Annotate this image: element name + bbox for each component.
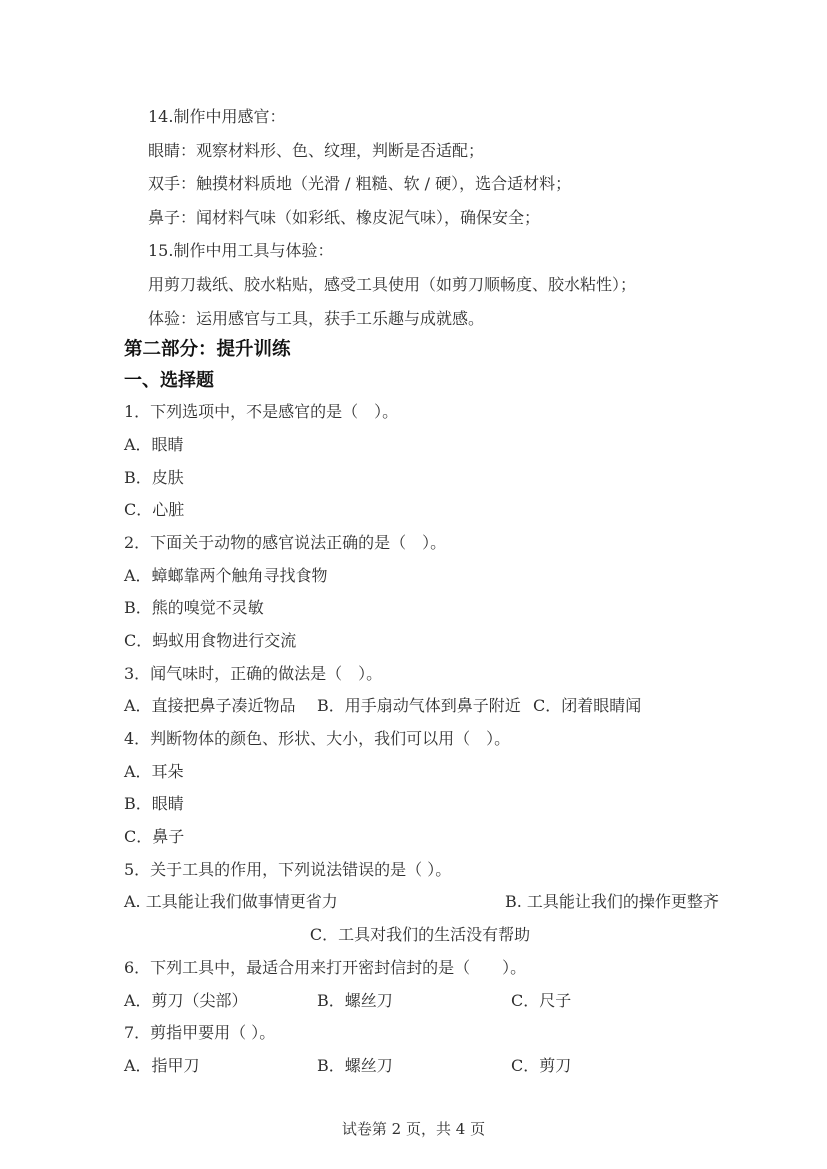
note-line: 双手：触摸材料质地（光滑 / 粗糙、软 / 硬），选合适材料； <box>124 167 742 201</box>
option-item: A．耳朵 <box>124 756 742 789</box>
note-line: 眼睛：观察材料形、色、纹理，判断是否适配； <box>124 134 742 168</box>
option-item: C．工具对我们的生活没有帮助 <box>124 919 716 952</box>
question-stem: 4．判断物体的颜色、形状、大小，我们可以用（ ）。 <box>124 723 742 756</box>
option-item: B．螺丝刀 <box>317 985 511 1018</box>
question-stem: 6．下列工具中，最适合用来打开密封信封的是（ ）。 <box>124 952 742 985</box>
option-item: A．直接把鼻子凑近物品 <box>124 690 317 723</box>
exam-page: 14.制作中用感官： 眼睛：观察材料形、色、纹理，判断是否适配； 双手：触摸材料… <box>0 0 827 1169</box>
option-item: B．用手扇动气体到鼻子附近 <box>317 690 533 723</box>
note-line: 鼻子：闻材料气味（如彩纸、橡皮泥气味），确保安全； <box>124 201 742 235</box>
question-stem: 7．剪指甲要用（ ）。 <box>124 1017 742 1050</box>
option-item: C．闭着眼睛闻 <box>533 690 641 723</box>
option-row: A．指甲刀 B．螺丝刀 C．剪刀 <box>124 1050 742 1083</box>
page-footer: 试卷第 2 页，共 4 页 <box>0 1118 827 1139</box>
option-item: B．熊的嗅觉不灵敏 <box>124 592 742 625</box>
option-item: C．剪刀 <box>511 1050 571 1083</box>
option-row: A. 工具能让我们做事情更省力 B. 工具能让我们的操作更整齐 <box>124 886 742 919</box>
note-line: 体验：运用感官与工具，获手工乐趣与成就感。 <box>124 302 742 336</box>
option-row: A．直接把鼻子凑近物品 B．用手扇动气体到鼻子附近 C．闭着眼睛闻 <box>124 690 742 723</box>
note-line: 14.制作中用感官： <box>124 100 742 134</box>
option-item: A．眼睛 <box>124 429 742 462</box>
option-item: C．鼻子 <box>124 821 742 854</box>
option-item: B. 工具能让我们的操作更整齐 <box>505 886 719 919</box>
option-item: B．螺丝刀 <box>317 1050 511 1083</box>
section-heading: 一、选择题 <box>124 365 742 396</box>
page-content: 14.制作中用感官： 眼睛：观察材料形、色、纹理，判断是否适配； 双手：触摸材料… <box>124 100 742 1083</box>
option-item: A．剪刀（尖部） <box>124 985 317 1018</box>
option-item: B．眼睛 <box>124 788 742 821</box>
question-stem: 5．关于工具的作用，下列说法错误的是（ ）。 <box>124 854 742 887</box>
option-item: B．皮肤 <box>124 462 742 495</box>
option-row: A．剪刀（尖部） B．螺丝刀 C．尺子 <box>124 985 742 1018</box>
option-item: C．心脏 <box>124 494 742 527</box>
option-item: A．蟑螂靠两个触角寻找食物 <box>124 560 742 593</box>
note-line: 用剪刀裁纸、胶水粘贴，感受工具使用（如剪刀顺畅度、胶水粘性）； <box>124 268 742 302</box>
question-stem: 3．闻气味时，正确的做法是（ ）。 <box>124 658 742 691</box>
option-item: C．蚂蚁用食物进行交流 <box>124 625 742 658</box>
option-item: A. 工具能让我们做事情更省力 <box>124 886 505 919</box>
note-line: 15.制作中用工具与体验： <box>124 234 742 268</box>
option-item: A．指甲刀 <box>124 1050 317 1083</box>
option-item: C．尺子 <box>511 985 571 1018</box>
question-stem: 2．下面关于动物的感官说法正确的是（ ）。 <box>124 527 742 560</box>
part-heading: 第二部分：提升训练 <box>124 335 742 365</box>
question-stem: 1．下列选项中，不是感官的是（ ）。 <box>124 396 742 429</box>
